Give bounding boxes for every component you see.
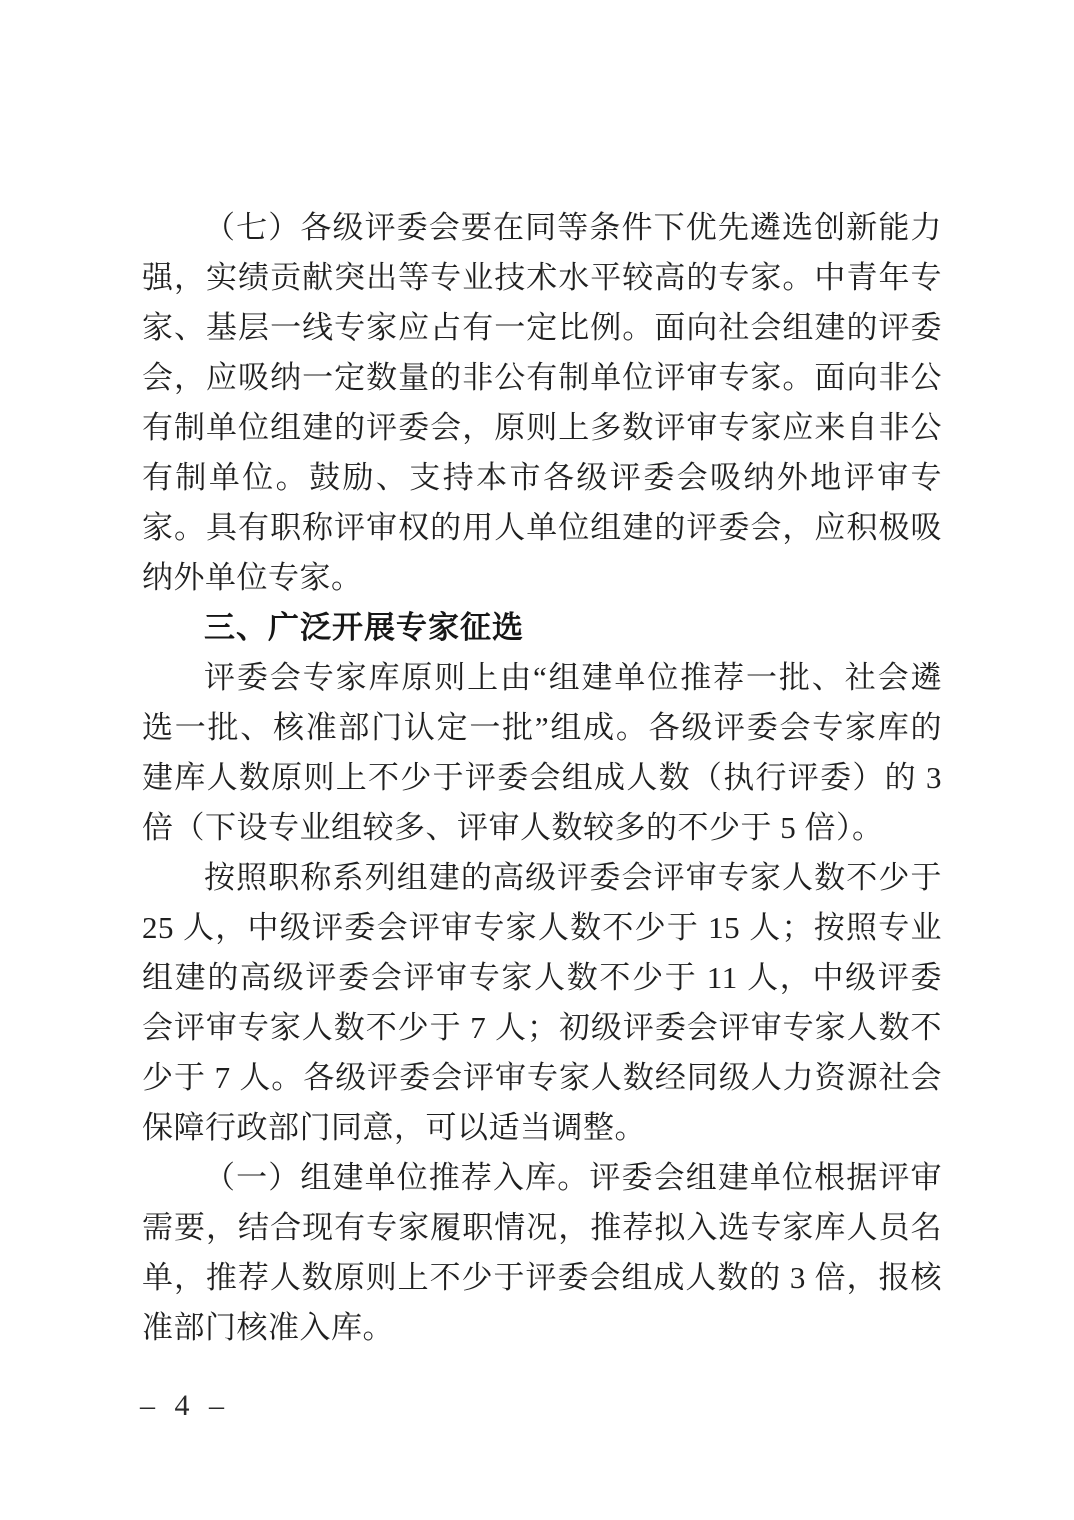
section-heading-three: 三、广泛开展专家征选 (142, 603, 942, 653)
page-number: – 4 – (140, 1388, 230, 1424)
paragraph-item-seven: （七）各级评委会要在同等条件下优先遴选创新能力强，实绩贡献突出等专业技术水平较高… (142, 203, 942, 603)
paragraph-expert-pool-intro: 评委会专家库原则上由“组建单位推荐一批、社会遴选一批、核准部门认定一批”组成。各… (142, 653, 942, 853)
document-content: （七）各级评委会要在同等条件下优先遴选创新能力强，实绩贡献突出等专业技术水平较高… (142, 203, 942, 1353)
document-page: （七）各级评委会要在同等条件下优先遴选创新能力强，实绩贡献突出等专业技术水平较高… (0, 0, 1074, 1520)
paragraph-item-one-recommendation: （一）组建单位推荐入库。评委会组建单位根据评审需要，结合现有专家履职情况，推荐拟… (142, 1153, 942, 1353)
paragraph-expert-minimum-counts: 按照职称系列组建的高级评委会评审专家人数不少于 25 人，中级评委会评审专家人数… (142, 853, 942, 1153)
